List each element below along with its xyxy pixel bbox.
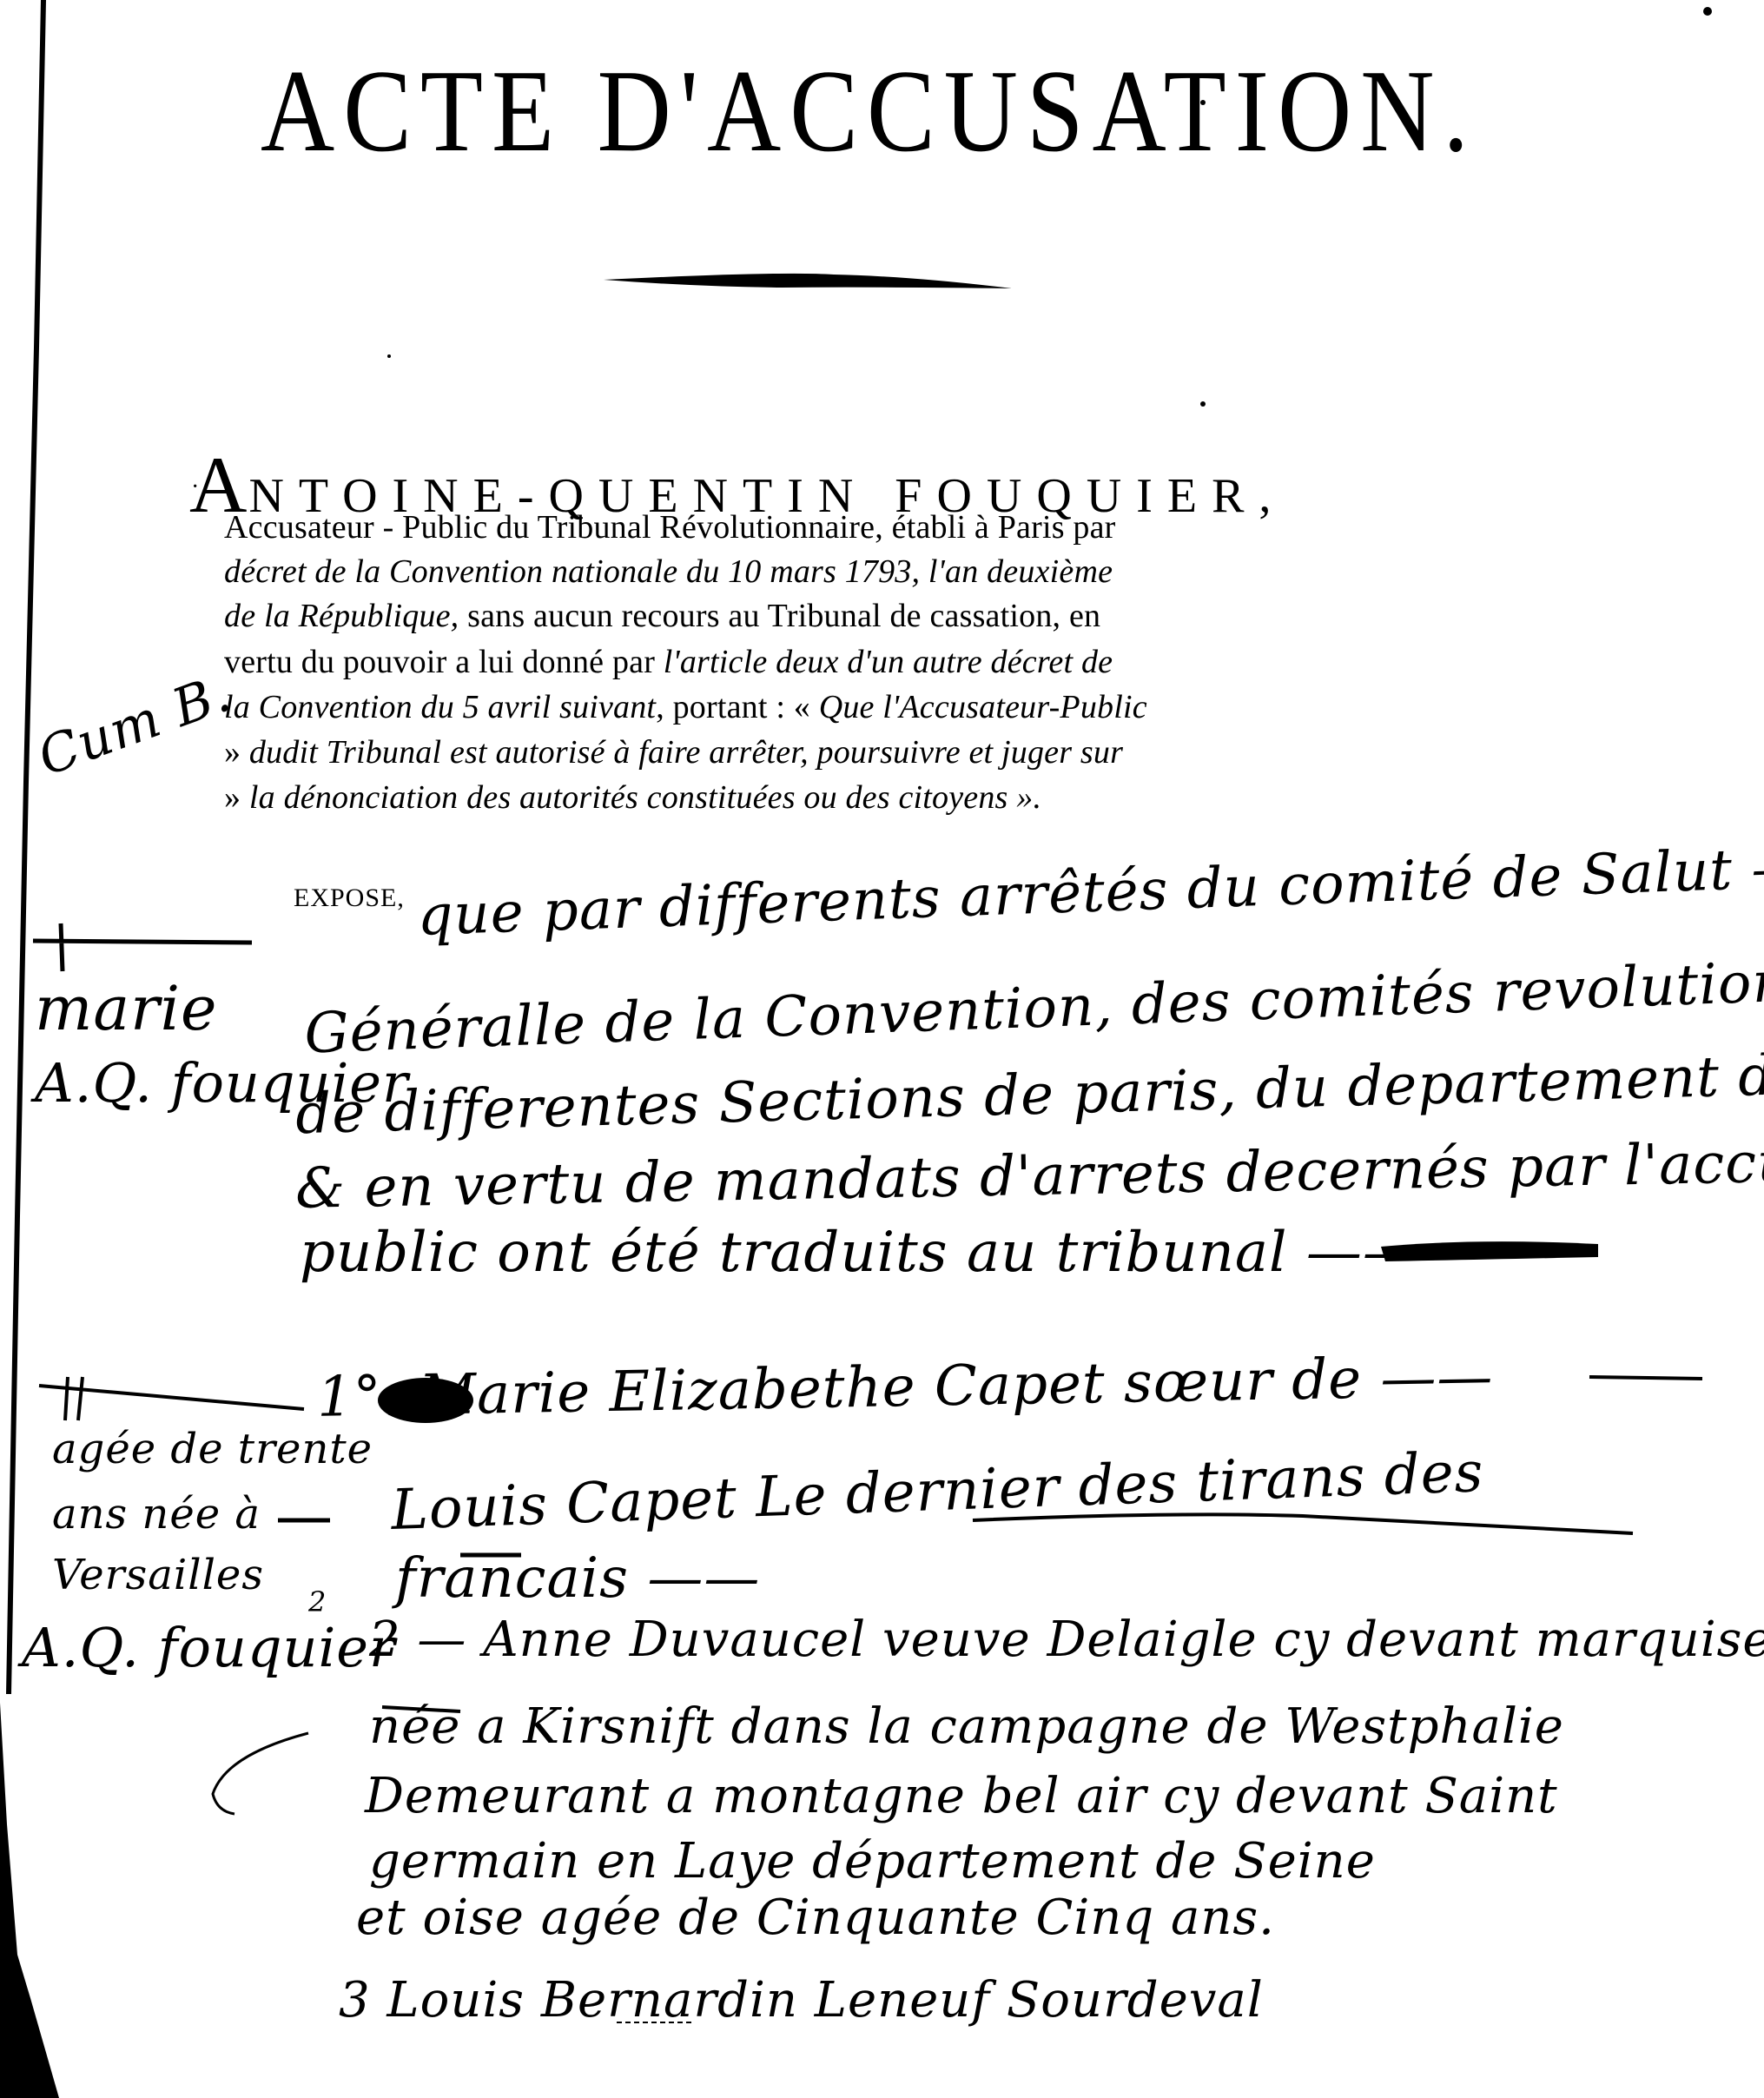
margin-signature-1: A.Q. fouquier [35, 1051, 409, 1115]
margin-note-age-3: Versailles [52, 1551, 264, 1599]
printed-line-7: » la dénonciation des autorités constitu… [224, 778, 1041, 817]
printed-line-2: décret de la Convention nationale du 10 … [224, 553, 1113, 591]
handwritten-line-14: 3 Louis Bernardin Leneuf Sourdeval [339, 1972, 1264, 2029]
handwritten-line-5: public ont été traduits au tribunal —— [300, 1221, 1419, 1285]
document-title: ACTE D'ACCUSATION. [261, 43, 1477, 179]
document-page: ACTE D'ACCUSATION. · ANTOINE-QUENTIN FOU… [0, 0, 1764, 2098]
printed-text: » [224, 779, 249, 816]
printed-line-5: la Convention du 5 avril suivant, portan… [224, 688, 1147, 726]
expose-label: EXPOSE, [294, 884, 405, 913]
printed-italic: l'article deux d'un autre décret de [664, 644, 1113, 680]
binding-shadow [0, 1703, 59, 2098]
margin-note-marie: marie [35, 973, 217, 1044]
margin-signature-2: A.Q. fouquier [22, 1616, 396, 1679]
printed-line-1: Accusateur - Public du Tribunal Révoluti… [224, 508, 1116, 546]
handwritten-line-11: Demeurant a montagne bel air cy devant S… [365, 1768, 1558, 1824]
printed-italic: décret de la Convention nationale du 10 … [224, 553, 1113, 590]
margin-cross-2 [39, 1377, 304, 1420]
printed-text: sans aucun recours au Tribunal de cassat… [459, 598, 1100, 634]
signature-flourish [213, 1733, 308, 1814]
printed-line-4: vertu du pouvoir a lui donné par l'artic… [224, 643, 1113, 681]
printed-italic: de la République, [224, 598, 459, 634]
printed-italic: la Convention du 5 avril suivant [224, 689, 656, 725]
printed-text: » [224, 734, 249, 771]
margin-cross-1 [33, 923, 252, 971]
printed-italic: dudit Tribunal est autorisé à faire arrê… [249, 734, 1123, 771]
item-numeral: 2 [308, 1585, 327, 1618]
handwritten-line-8: francais —— [395, 1546, 760, 1611]
margin-note-age-1: agée de trente [52, 1425, 373, 1473]
handwritten-line-13: et oise agée de Cinquante Cinq ans. [356, 1890, 1275, 1946]
left-margin-line [9, 0, 43, 1694]
handwritten-line-9: 2 — Anne Duvaucel veuve Delaigle cy deva… [369, 1612, 1764, 1668]
printed-italic: Que l'Accusateur-Public [819, 689, 1147, 725]
dash-mark [1589, 1377, 1702, 1379]
handwritten-line-10: née a Kirsnift dans la campagne de Westp… [369, 1698, 1564, 1755]
title-ornament-rule [604, 274, 1012, 288]
printed-text: , portant : « [656, 689, 819, 725]
margin-note-age-2: ans née à [52, 1490, 261, 1539]
printed-text: vertu du pouvoir a lui donné par [224, 644, 664, 680]
printed-line-3: de la République, sans aucun recours au … [224, 597, 1100, 635]
printed-line-6: » dudit Tribunal est autorisé à faire ar… [224, 733, 1123, 771]
printed-italic: la dénonciation des autorités constituée… [249, 779, 1041, 816]
printed-text: Accusateur - Public du Tribunal Révoluti… [224, 509, 1116, 546]
handwritten-line-12: germain en Laye département de Seine [369, 1833, 1376, 1890]
